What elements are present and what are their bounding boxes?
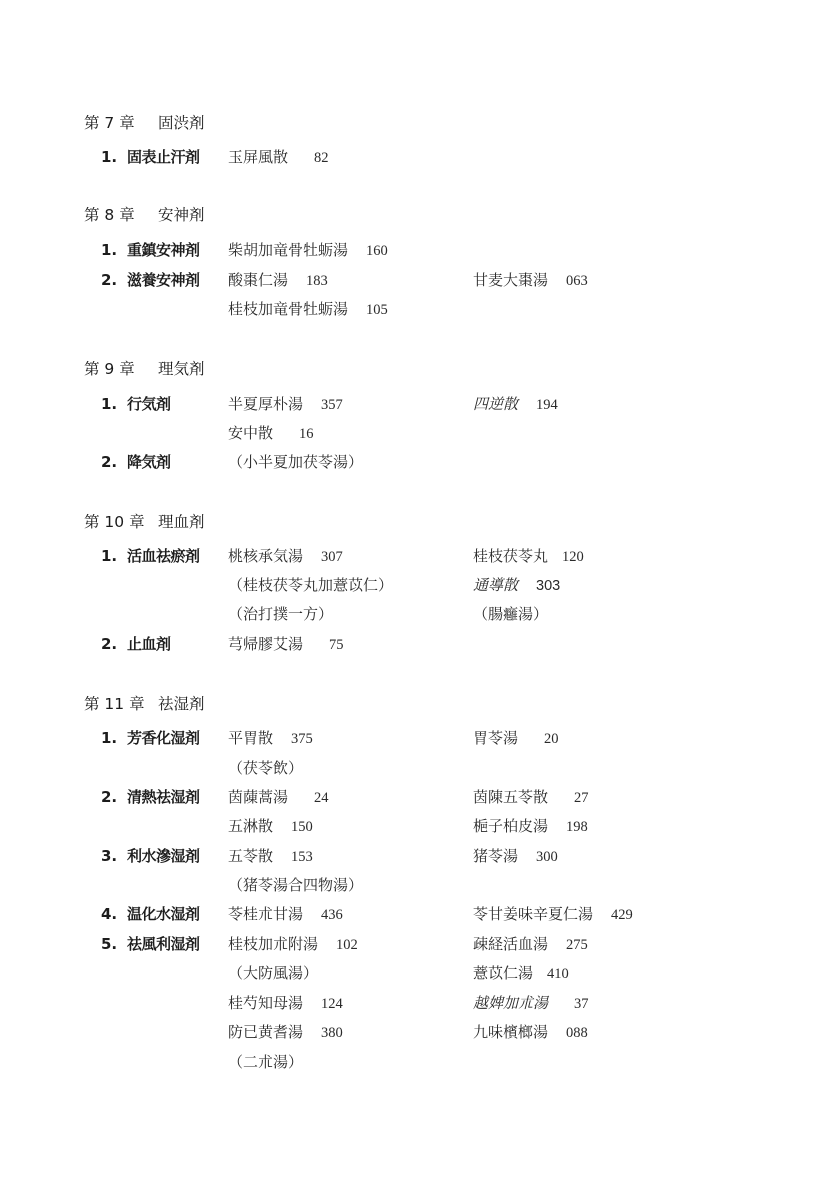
formula-entry: 半夏厚朴湯357 (228, 393, 343, 416)
category-index: 2. (101, 633, 117, 655)
formula-name: 九味檳榔湯 (473, 1021, 548, 1043)
page-number: 300 (536, 846, 558, 868)
chapter-title: 理血剤 (158, 513, 205, 531)
page-number: 194 (536, 394, 558, 416)
chapter-title: 祛湿剤 (158, 695, 205, 713)
list-row: （二朮湯） (0, 1051, 830, 1073)
formula-name: 苓桂朮甘湯 (228, 903, 303, 925)
formula-name: 猪苓湯 (473, 845, 518, 867)
page-number: 16 (299, 423, 314, 445)
category-label: 清熱祛湿剤 (127, 786, 200, 808)
formula-entry: 胃苓湯20 (473, 727, 559, 750)
category-index: 2. (101, 269, 117, 291)
category-index: 3. (101, 845, 117, 867)
formula-entry: 五淋散150 (228, 815, 313, 838)
formula-name: 越婢加朮湯 (473, 992, 548, 1014)
category-index: 1. (101, 239, 117, 261)
list-row: 2.清熱祛湿剤茵蔯蒿湯24茵陳五苓散27 (0, 786, 830, 808)
formula-entry: 安中散16 (228, 422, 314, 445)
formula-entry: 五苓散153 (228, 845, 313, 868)
list-row: （治打撲一方）（腸癰湯） (0, 603, 830, 625)
formula-name: （治打撲一方） (228, 603, 333, 625)
page-number: 120 (562, 546, 584, 568)
list-row: 五淋散150梔子柏皮湯198 (0, 815, 830, 837)
formula-name: 通導散 (473, 574, 518, 596)
formula-name: （大防風湯） (228, 962, 318, 984)
formula-entry: 四逆散194 (473, 393, 558, 416)
category-index: 2. (101, 786, 117, 808)
page-number: 063 (566, 270, 588, 292)
category-index: 1. (101, 146, 117, 168)
formula-entry: 酸棗仁湯183 (228, 269, 328, 292)
formula-name: 薏苡仁湯 (473, 962, 533, 984)
formula-name: 甘麦大棗湯 (473, 269, 548, 291)
formula-entry: （大防風湯） (228, 962, 318, 984)
formula-entry: 桂枝加朮附湯102 (228, 933, 358, 956)
list-row: 1.芳香化湿剤平胃散375胃苓湯20 (0, 727, 830, 749)
list-row: （大防風湯）薏苡仁湯410 (0, 962, 830, 984)
formula-name: 五淋散 (228, 815, 273, 837)
formula-name: 桃核承気湯 (228, 545, 303, 567)
list-row: 1.重鎮安神剤柴胡加竜骨牡蛎湯160 (0, 239, 830, 261)
formula-entry: 九味檳榔湯088 (473, 1021, 588, 1044)
category-index: 2. (101, 451, 117, 473)
page-number: 303 (536, 575, 560, 597)
list-row: 2.降気剤（小半夏加茯苓湯） (0, 451, 830, 473)
formula-entry: （腸癰湯） (473, 603, 548, 625)
page-number: 27 (574, 787, 589, 809)
formula-entry: 甘麦大棗湯063 (473, 269, 588, 292)
category-index: 5. (101, 933, 117, 955)
formula-name: 胃苓湯 (473, 727, 518, 749)
formula-name: （猪苓湯合四物湯） (228, 874, 363, 896)
formula-entry: 桃核承気湯307 (228, 545, 343, 568)
page-number: 198 (566, 816, 588, 838)
page-number: 150 (291, 816, 313, 838)
formula-name: （桂枝茯苓丸加薏苡仁） (228, 574, 393, 596)
formula-entry: 桂芍知母湯124 (228, 992, 343, 1015)
chapter-heading: 第 8 章安神剤 (84, 205, 205, 225)
list-row: 桂枝加竜骨牡蛎湯105 (0, 298, 830, 320)
chapter-number: 第 11 章 (84, 694, 158, 714)
formula-name: 半夏厚朴湯 (228, 393, 303, 415)
list-row: （猪苓湯合四物湯） (0, 874, 830, 896)
category-label: 固表止汗剤 (127, 146, 200, 168)
formula-entry: 苓甘姜味辛夏仁湯429 (473, 903, 633, 926)
category-label: 芳香化湿剤 (127, 727, 200, 749)
page-number: 75 (329, 634, 344, 656)
chapter-number: 第 7 章 (84, 113, 158, 133)
chapter-title: 安神剤 (158, 206, 205, 224)
formula-entry: 柴胡加竜骨牡蛎湯160 (228, 239, 388, 262)
page-number: 429 (611, 904, 633, 926)
formula-name: （二朮湯） (228, 1051, 303, 1073)
formula-name: 茵蔯蒿湯 (228, 786, 288, 808)
formula-name: （小半夏加茯苓湯） (228, 451, 363, 473)
page-number: 410 (547, 963, 569, 985)
page-number: 357 (321, 394, 343, 416)
formula-entry: 通導散303 (473, 574, 560, 597)
formula-name: 疎経活血湯 (473, 933, 548, 955)
formula-name: 芎帰膠艾湯 (228, 633, 303, 655)
formula-name: 桂枝加朮附湯 (228, 933, 318, 955)
formula-entry: 平胃散375 (228, 727, 313, 750)
formula-entry: 越婢加朮湯37 (473, 992, 589, 1015)
formula-entry: （小半夏加茯苓湯） (228, 451, 363, 473)
document-page: 第 7 章固渋剤1.固表止汗剤玉屏風散82第 8 章安神剤1.重鎮安神剤柴胡加竜… (0, 0, 830, 1178)
category-label: 止血剤 (127, 633, 171, 655)
page-number: 275 (566, 934, 588, 956)
formula-entry: 疎経活血湯275 (473, 933, 588, 956)
formula-name: 安中散 (228, 422, 273, 444)
category-label: 滋養安神剤 (127, 269, 200, 291)
formula-entry: （桂枝茯苓丸加薏苡仁） (228, 574, 393, 596)
page-number: 183 (306, 270, 328, 292)
chapter-heading: 第 10 章理血剤 (84, 512, 205, 532)
list-row: （茯苓飲） (0, 757, 830, 779)
chapter-heading: 第 7 章固渋剤 (84, 113, 205, 133)
list-row: 1.活血祛瘀剤桃核承気湯307桂枝茯苓丸120 (0, 545, 830, 567)
formula-name: 防已黄耆湯 (228, 1021, 303, 1043)
category-index: 1. (101, 727, 117, 749)
list-row: （桂枝茯苓丸加薏苡仁）通導散303 (0, 574, 830, 596)
formula-entry: （二朮湯） (228, 1051, 303, 1073)
category-index: 1. (101, 545, 117, 567)
chapter-number: 第 9 章 (84, 359, 158, 379)
formula-entry: 薏苡仁湯410 (473, 962, 569, 985)
formula-name: 玉屏風散 (228, 146, 288, 168)
list-row: 1.固表止汗剤玉屏風散82 (0, 146, 830, 168)
page-number: 82 (314, 147, 329, 169)
formula-entry: 防已黄耆湯380 (228, 1021, 343, 1044)
page-number: 088 (566, 1022, 588, 1044)
category-label: 行気剤 (127, 393, 171, 415)
page-number: 105 (366, 299, 388, 321)
page-number: 375 (291, 728, 313, 750)
category-label: 降気剤 (127, 451, 171, 473)
page-number: 307 (321, 546, 343, 568)
list-row: 桂芍知母湯124越婢加朮湯37 (0, 992, 830, 1014)
category-label: 利水滲湿剤 (127, 845, 200, 867)
formula-name: 桂枝茯苓丸 (473, 545, 548, 567)
category-label: 重鎮安神剤 (127, 239, 200, 261)
formula-name: 酸棗仁湯 (228, 269, 288, 291)
list-row: 2.止血剤芎帰膠艾湯75 (0, 633, 830, 655)
list-row: 4.温化水湿剤苓桂朮甘湯436苓甘姜味辛夏仁湯429 (0, 903, 830, 925)
formula-name: （茯苓飲） (228, 757, 303, 779)
chapter-title: 理気剤 (158, 360, 205, 378)
category-label: 祛風利湿剤 (127, 933, 200, 955)
page-number: 380 (321, 1022, 343, 1044)
formula-entry: 梔子柏皮湯198 (473, 815, 588, 838)
formula-entry: 茵蔯蒿湯24 (228, 786, 329, 809)
category-label: 温化水湿剤 (127, 903, 200, 925)
category-index: 4. (101, 903, 117, 925)
chapter-title: 固渋剤 (158, 114, 205, 132)
list-row: 3.利水滲湿剤五苓散153猪苓湯300 (0, 845, 830, 867)
formula-name: 柴胡加竜骨牡蛎湯 (228, 239, 348, 261)
category-index: 1. (101, 393, 117, 415)
formula-name: 平胃散 (228, 727, 273, 749)
page-number: 24 (314, 787, 329, 809)
formula-entry: 玉屏風散82 (228, 146, 329, 169)
formula-name: 桂芍知母湯 (228, 992, 303, 1014)
chapter-heading: 第 11 章祛湿剤 (84, 694, 205, 714)
formula-name: 茵陳五苓散 (473, 786, 548, 808)
list-row: 2.滋養安神剤酸棗仁湯183甘麦大棗湯063 (0, 269, 830, 291)
formula-entry: （治打撲一方） (228, 603, 333, 625)
list-row: 安中散16 (0, 422, 830, 444)
category-label: 活血祛瘀剤 (127, 545, 200, 567)
formula-name: 梔子柏皮湯 (473, 815, 548, 837)
formula-entry: 猪苓湯300 (473, 845, 558, 868)
chapter-number: 第 10 章 (84, 512, 158, 532)
page-number: 20 (544, 728, 559, 750)
list-row: 5.祛風利湿剤桂枝加朮附湯102疎経活血湯275 (0, 933, 830, 955)
page-number: 153 (291, 846, 313, 868)
formula-entry: （猪苓湯合四物湯） (228, 874, 363, 896)
list-row: 防已黄耆湯380九味檳榔湯088 (0, 1021, 830, 1043)
page-number: 160 (366, 240, 388, 262)
formula-name: 五苓散 (228, 845, 273, 867)
formula-name: 苓甘姜味辛夏仁湯 (473, 903, 593, 925)
formula-entry: 茵陳五苓散27 (473, 786, 589, 809)
page-number: 124 (321, 993, 343, 1015)
chapter-heading: 第 9 章理気剤 (84, 359, 205, 379)
list-row: 1.行気剤半夏厚朴湯357四逆散194 (0, 393, 830, 415)
chapter-number: 第 8 章 (84, 205, 158, 225)
formula-entry: （茯苓飲） (228, 757, 303, 779)
formula-entry: 桂枝加竜骨牡蛎湯105 (228, 298, 388, 321)
page-number: 102 (336, 934, 358, 956)
formula-entry: 桂枝茯苓丸120 (473, 545, 584, 568)
page-number: 37 (574, 993, 589, 1015)
formula-entry: 苓桂朮甘湯436 (228, 903, 343, 926)
formula-name: 四逆散 (473, 393, 518, 415)
page-number: 436 (321, 904, 343, 926)
formula-entry: 芎帰膠艾湯75 (228, 633, 344, 656)
formula-name: （腸癰湯） (473, 603, 548, 625)
formula-name: 桂枝加竜骨牡蛎湯 (228, 298, 348, 320)
